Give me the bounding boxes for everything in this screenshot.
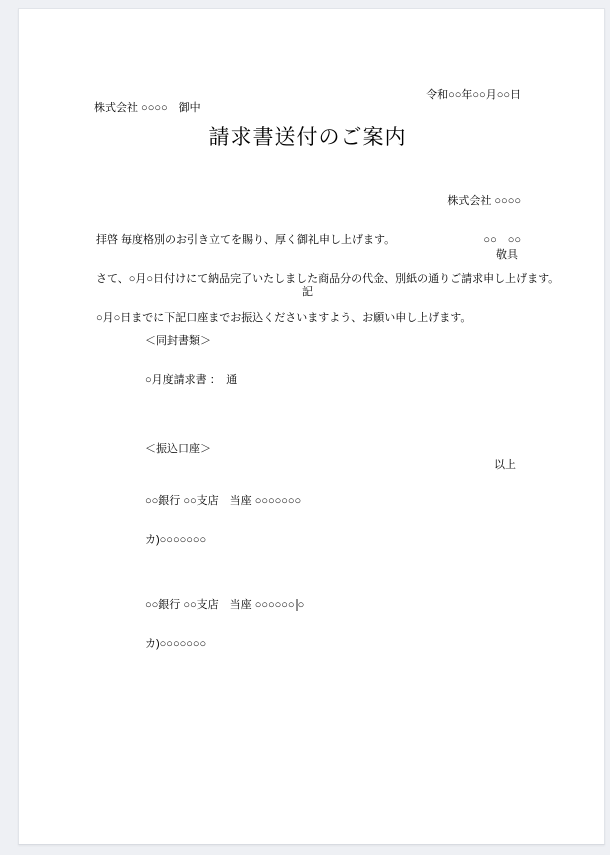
bank-heading[interactable]: ＜振込口座＞: [145, 443, 304, 456]
bank-account-holder[interactable]: カ)○○○○○○○: [145, 534, 304, 547]
closing-word[interactable]: 敬具: [94, 249, 518, 262]
enclosure-item[interactable]: ○月度請求書 ： 通: [145, 374, 304, 387]
body-line[interactable]: 拝啓 毎度格別のお引き立てを賜り、厚く御礼申し上げます。: [96, 234, 526, 247]
details-list[interactable]: ＜同封書類＞ ○月度請求書 ： 通 ＜振込口座＞ ○○銀行 ○○支店 当座 ○○…: [145, 309, 304, 677]
enclosure-heading[interactable]: ＜同封書類＞: [145, 335, 304, 348]
end-note[interactable]: 以上: [94, 459, 516, 472]
bank-account-line[interactable]: ○○銀行 ○○支店 当座 ○○○○○○○: [145, 495, 304, 508]
sender-company[interactable]: 株式会社 ○○○○: [94, 195, 521, 208]
body-line[interactable]: さて、○月○日付けにて納品完了いたしました商品分の代金、別紙の通りご請求申し上げ…: [96, 273, 526, 286]
bank-account-text-before-cursor[interactable]: ○○銀行 ○○支店 当座 ○○○○○○: [145, 599, 295, 611]
record-heading[interactable]: 記: [94, 286, 521, 299]
bank-account-text-after-cursor[interactable]: ○: [298, 599, 305, 611]
bank-account-holder[interactable]: カ)○○○○○○○: [145, 638, 304, 651]
document-date[interactable]: 令和○○年○○月○○日: [94, 89, 521, 102]
recipient-line[interactable]: 株式会社 ○○○○ 御中: [94, 102, 201, 115]
document-title[interactable]: 請求書送付のご案内: [94, 125, 521, 150]
document-page: 令和○○年○○月○○日 株式会社 ○○○○ 御中 請求書送付のご案内 株式会社 …: [18, 8, 605, 845]
bank-account-line[interactable]: ○○銀行 ○○支店 当座 ○○○○○○○: [145, 599, 304, 612]
